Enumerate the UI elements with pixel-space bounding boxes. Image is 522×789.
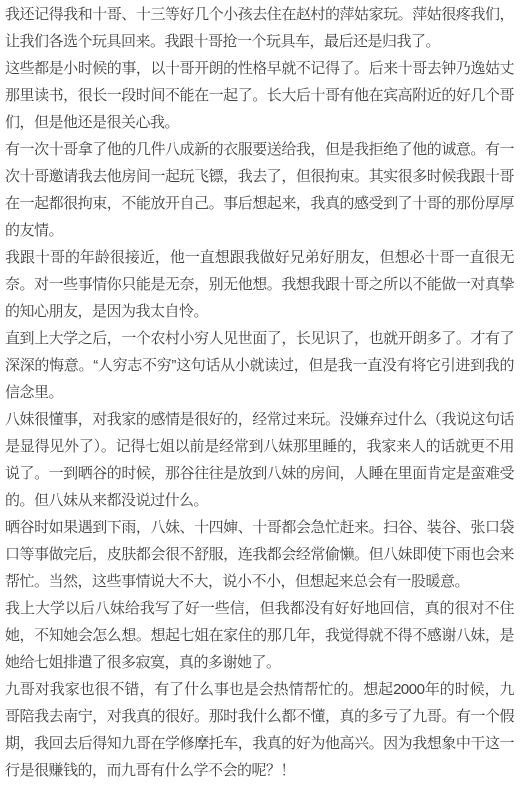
paragraph: 有一次十哥拿了他的几件八成新的衣服要送给我，但是我拒绝了他的诚意。有一次十哥邀请… [5,136,514,244]
paragraph: 我上大学以后八妹给我写了好一些信，但我都没有好好地回信，真的很对不住她，不知她会… [5,595,514,676]
paragraph: 这些都是小时候的事，以十哥开朗的性格早就不记得了。后来十哥去钟乃逸姑丈那里读书，… [5,55,514,136]
paragraph: 我跟十哥的年龄很接近，他一直想跟我做好兄弟好朋友，但想必十哥一直很无奈。对一些事… [5,244,514,325]
paragraph: 九哥对我家也很不错，有了什么事也是会热情帮忙的。想起2000年的时候，九哥陪我去… [5,676,514,784]
paragraph: 晒谷时如果遇到下雨，八妹、十四婶、十哥都会急忙赶来。扫谷、装谷、张口袋口等事做完… [5,514,514,595]
paragraph: 八妹很懂事，对我家的感情是很好的，经常过来玩。没嫌弃过什么（我说这句话是显得见外… [5,406,514,514]
essay-page: 我还记得我和十哥、十三等好几个小孩去住在赵村的萍姑家玩。萍姑很疼我们，让我们各选… [0,0,522,789]
paragraph: 直到上大学之后，一个农村小穷人见世面了，长见识了，也就开朗多了。才有了深深的悔意… [5,325,514,406]
paragraph: 我还记得我和十哥、十三等好几个小孩去住在赵村的萍姑家玩。萍姑很疼我们，让我们各选… [5,1,514,55]
